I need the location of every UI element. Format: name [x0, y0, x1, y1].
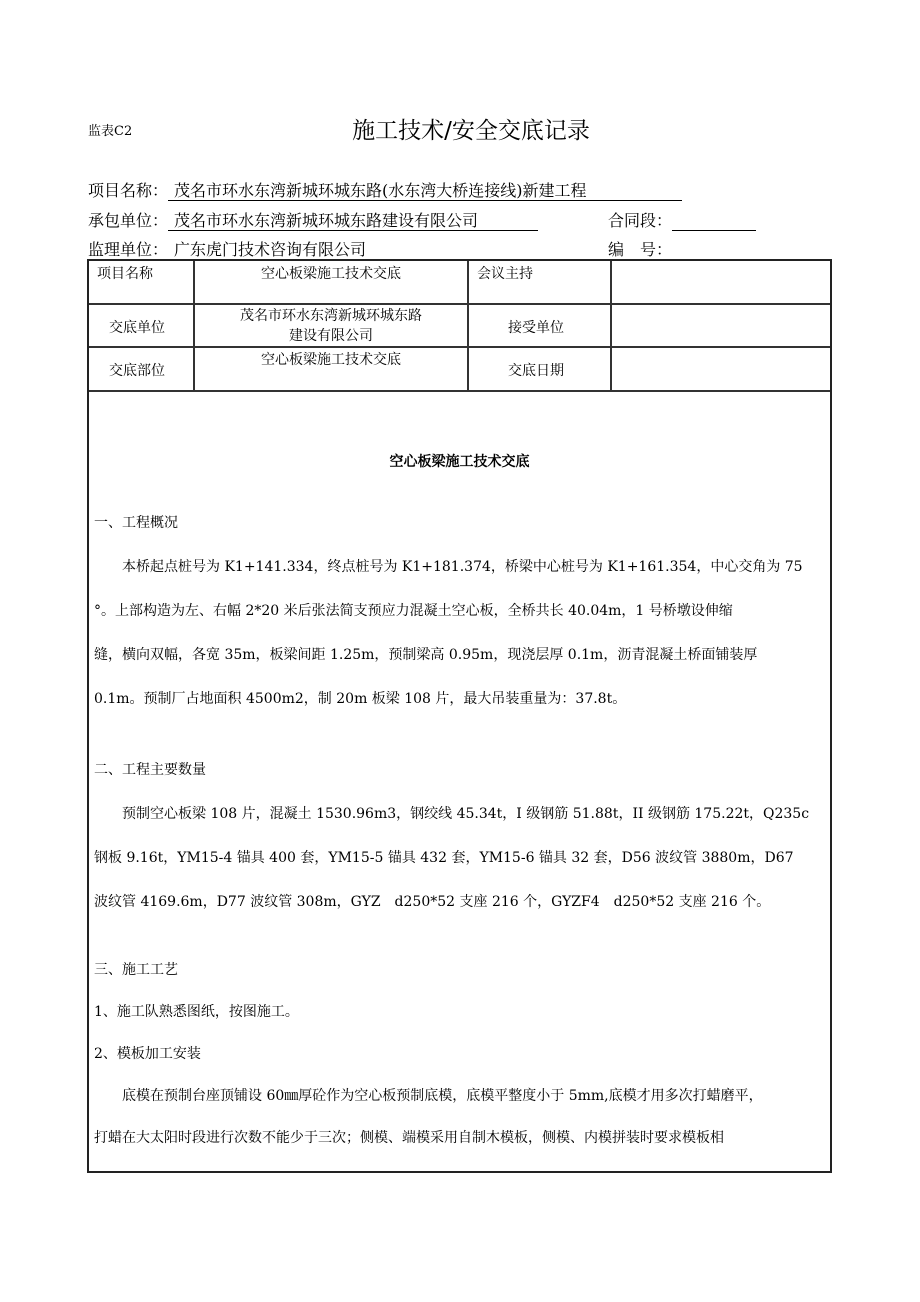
disclosure-location-cell: 空心板梁施工技术交底 [195, 349, 467, 369]
section-quantities: 二、工程主要数量 预制空心板梁 108 片，混凝土 1530.96m3，钢绞线 … [94, 748, 827, 924]
number-label: 编 号： [608, 240, 672, 259]
document-title: 施工技术/安全交底记录 [0, 112, 920, 145]
section-heading: 三、施工工艺 [94, 949, 827, 991]
row-divider [89, 390, 830, 392]
column-divider [610, 261, 612, 390]
supervisor-label: 监理单位： [88, 237, 168, 260]
body-title: 空心板梁施工技术交底 [89, 451, 830, 471]
paragraph-line: 缝，横向双幅，各宽 35m，板梁间距 1.25m，预制梁高 0.95m，现浇层厚… [94, 633, 827, 677]
column-divider [467, 261, 469, 390]
meeting-host-header: 会议主持 [477, 263, 533, 283]
paragraph-line: 钢板 9.16t，YM15-4 锚具 400 套，YM15-5 锚具 432 套… [94, 836, 827, 880]
list-item: 2、模板加工安装 [94, 1033, 827, 1075]
contract-section-value [672, 213, 756, 231]
project-name-value: 茂名市环水东湾新城环城东路(水东湾大桥连接线)新建工程 [168, 181, 682, 201]
row-divider [89, 303, 830, 305]
paragraph-line: 波纹管 4169.6m，D77 波纹管 308m，GYZ d250*52 支座 … [94, 880, 827, 924]
disclosure-date-header: 交底日期 [508, 360, 564, 380]
disclosing-unit-cell: 茂名市环水东湾新城环城东路 建设有限公司 [195, 306, 467, 346]
project-name-cell: 空心板梁施工技术交底 [195, 263, 467, 283]
disclosure-location-header: 交底部位 [109, 360, 165, 380]
project-name-label: 项目名称： [88, 178, 168, 201]
meeting-host-cell[interactable] [617, 263, 827, 301]
contractor-row: 承包单位：茂名市环水东湾新城环城东路建设有限公司 [88, 208, 538, 231]
supervisor-row: 监理单位：广东虎门技术咨询有限公司 [88, 237, 398, 260]
section-heading: 一、工程概况 [94, 501, 827, 545]
list-item: 1、施工队熟悉图纸，按图施工。 [94, 991, 827, 1033]
disclosing-unit-line2: 建设有限公司 [195, 326, 467, 346]
receiving-unit-header: 接受单位 [508, 317, 564, 337]
disclosing-unit-header: 交底单位 [109, 317, 165, 337]
contractor-value: 茂名市环水东湾新城环城东路建设有限公司 [168, 211, 538, 231]
disclosure-date-cell[interactable] [617, 351, 827, 387]
receiving-unit-cell[interactable] [617, 307, 827, 343]
paragraph-line: 本桥起点桩号为 K1+141.334，终点桩号为 K1+181.374，桥梁中心… [94, 545, 827, 589]
paragraph-line: °。上部构造为左、右幅 2*20 米后张法简支预应力混凝土空心板，全桥共长 40… [94, 589, 827, 633]
section-heading: 二、工程主要数量 [94, 748, 827, 792]
number-value [672, 242, 764, 260]
paragraph-line: 0.1m。预制厂占地面积 4500m2，制 20m 板梁 108 片，最大吊装重… [94, 677, 827, 721]
project-name-header: 项目名称 [97, 263, 153, 283]
number-field: 编 号： [608, 237, 764, 260]
contract-section-label: 合同段： [608, 211, 672, 230]
project-name-row: 项目名称：茂名市环水东湾新城环城东路(水东湾大桥连接线)新建工程 [88, 178, 682, 201]
supervisor-value: 广东虎门技术咨询有限公司 [168, 240, 398, 260]
disclosure-record-table: 项目名称 空心板梁施工技术交底 会议主持 交底单位 茂名市环水东湾新城环城东路 … [87, 259, 832, 1173]
contract-section-field: 合同段： [608, 208, 756, 231]
contractor-label: 承包单位： [88, 208, 168, 231]
section-process: 三、施工工艺 1、施工队熟悉图纸，按图施工。 2、模板加工安装 底模在预制台座顶… [94, 949, 827, 1159]
paragraph-line: 打蜡在大太阳时段进行次数不能少于三次；侧模、端模采用自制木模板，侧模、内模拼装时… [94, 1117, 827, 1159]
disclosing-unit-line1: 茂名市环水东湾新城环城东路 [195, 306, 467, 326]
section-overview: 一、工程概况 本桥起点桩号为 K1+141.334，终点桩号为 K1+181.3… [94, 501, 827, 721]
paragraph-line: 预制空心板梁 108 片，混凝土 1530.96m3，钢绞线 45.34t，I … [94, 792, 827, 836]
row-divider [89, 346, 830, 348]
paragraph-line: 底模在预制台座顶铺设 60㎜厚砼作为空心板预制底模，底模平整度小于 5mm,底模… [94, 1075, 827, 1117]
